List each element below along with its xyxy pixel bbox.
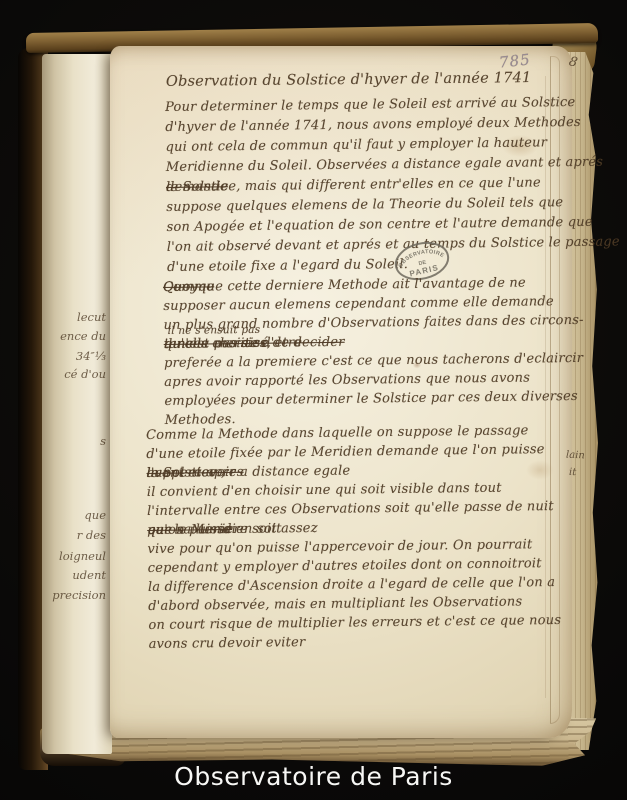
pencil-page-number: 785 [498,50,531,71]
left-page-fragment: lecut [77,310,106,324]
photo-backdrop: lecut ence du 34″⅓ cé d'ou s que r des l… [0,0,627,800]
caption-text: Observatoire de Paris [174,762,453,791]
facing-page-sliver: lecut ence du 34″⅓ cé d'ou s que r des l… [42,54,112,754]
interline-insertion: il ne s'ensuit pas [168,324,261,337]
left-page-fragment: loigneul [59,549,106,563]
left-page-fragment: ence du [60,329,106,343]
left-page-fragment: udent [72,568,106,582]
left-page-fragment: s [100,434,106,448]
caption-bar: Observatoire de Paris [0,752,627,800]
left-page-fragment: precision [52,588,106,602]
left-page-fragment: 34″⅓ [76,349,106,363]
left-page-fragment: r des [77,528,106,542]
right-edge-fragment: it [569,467,577,478]
struck-word: demande [166,179,228,195]
left-page-fragment: que [84,508,106,522]
right-edge-fragment: lain [566,450,585,462]
left-page-fragment: cé d'ou [64,367,106,381]
